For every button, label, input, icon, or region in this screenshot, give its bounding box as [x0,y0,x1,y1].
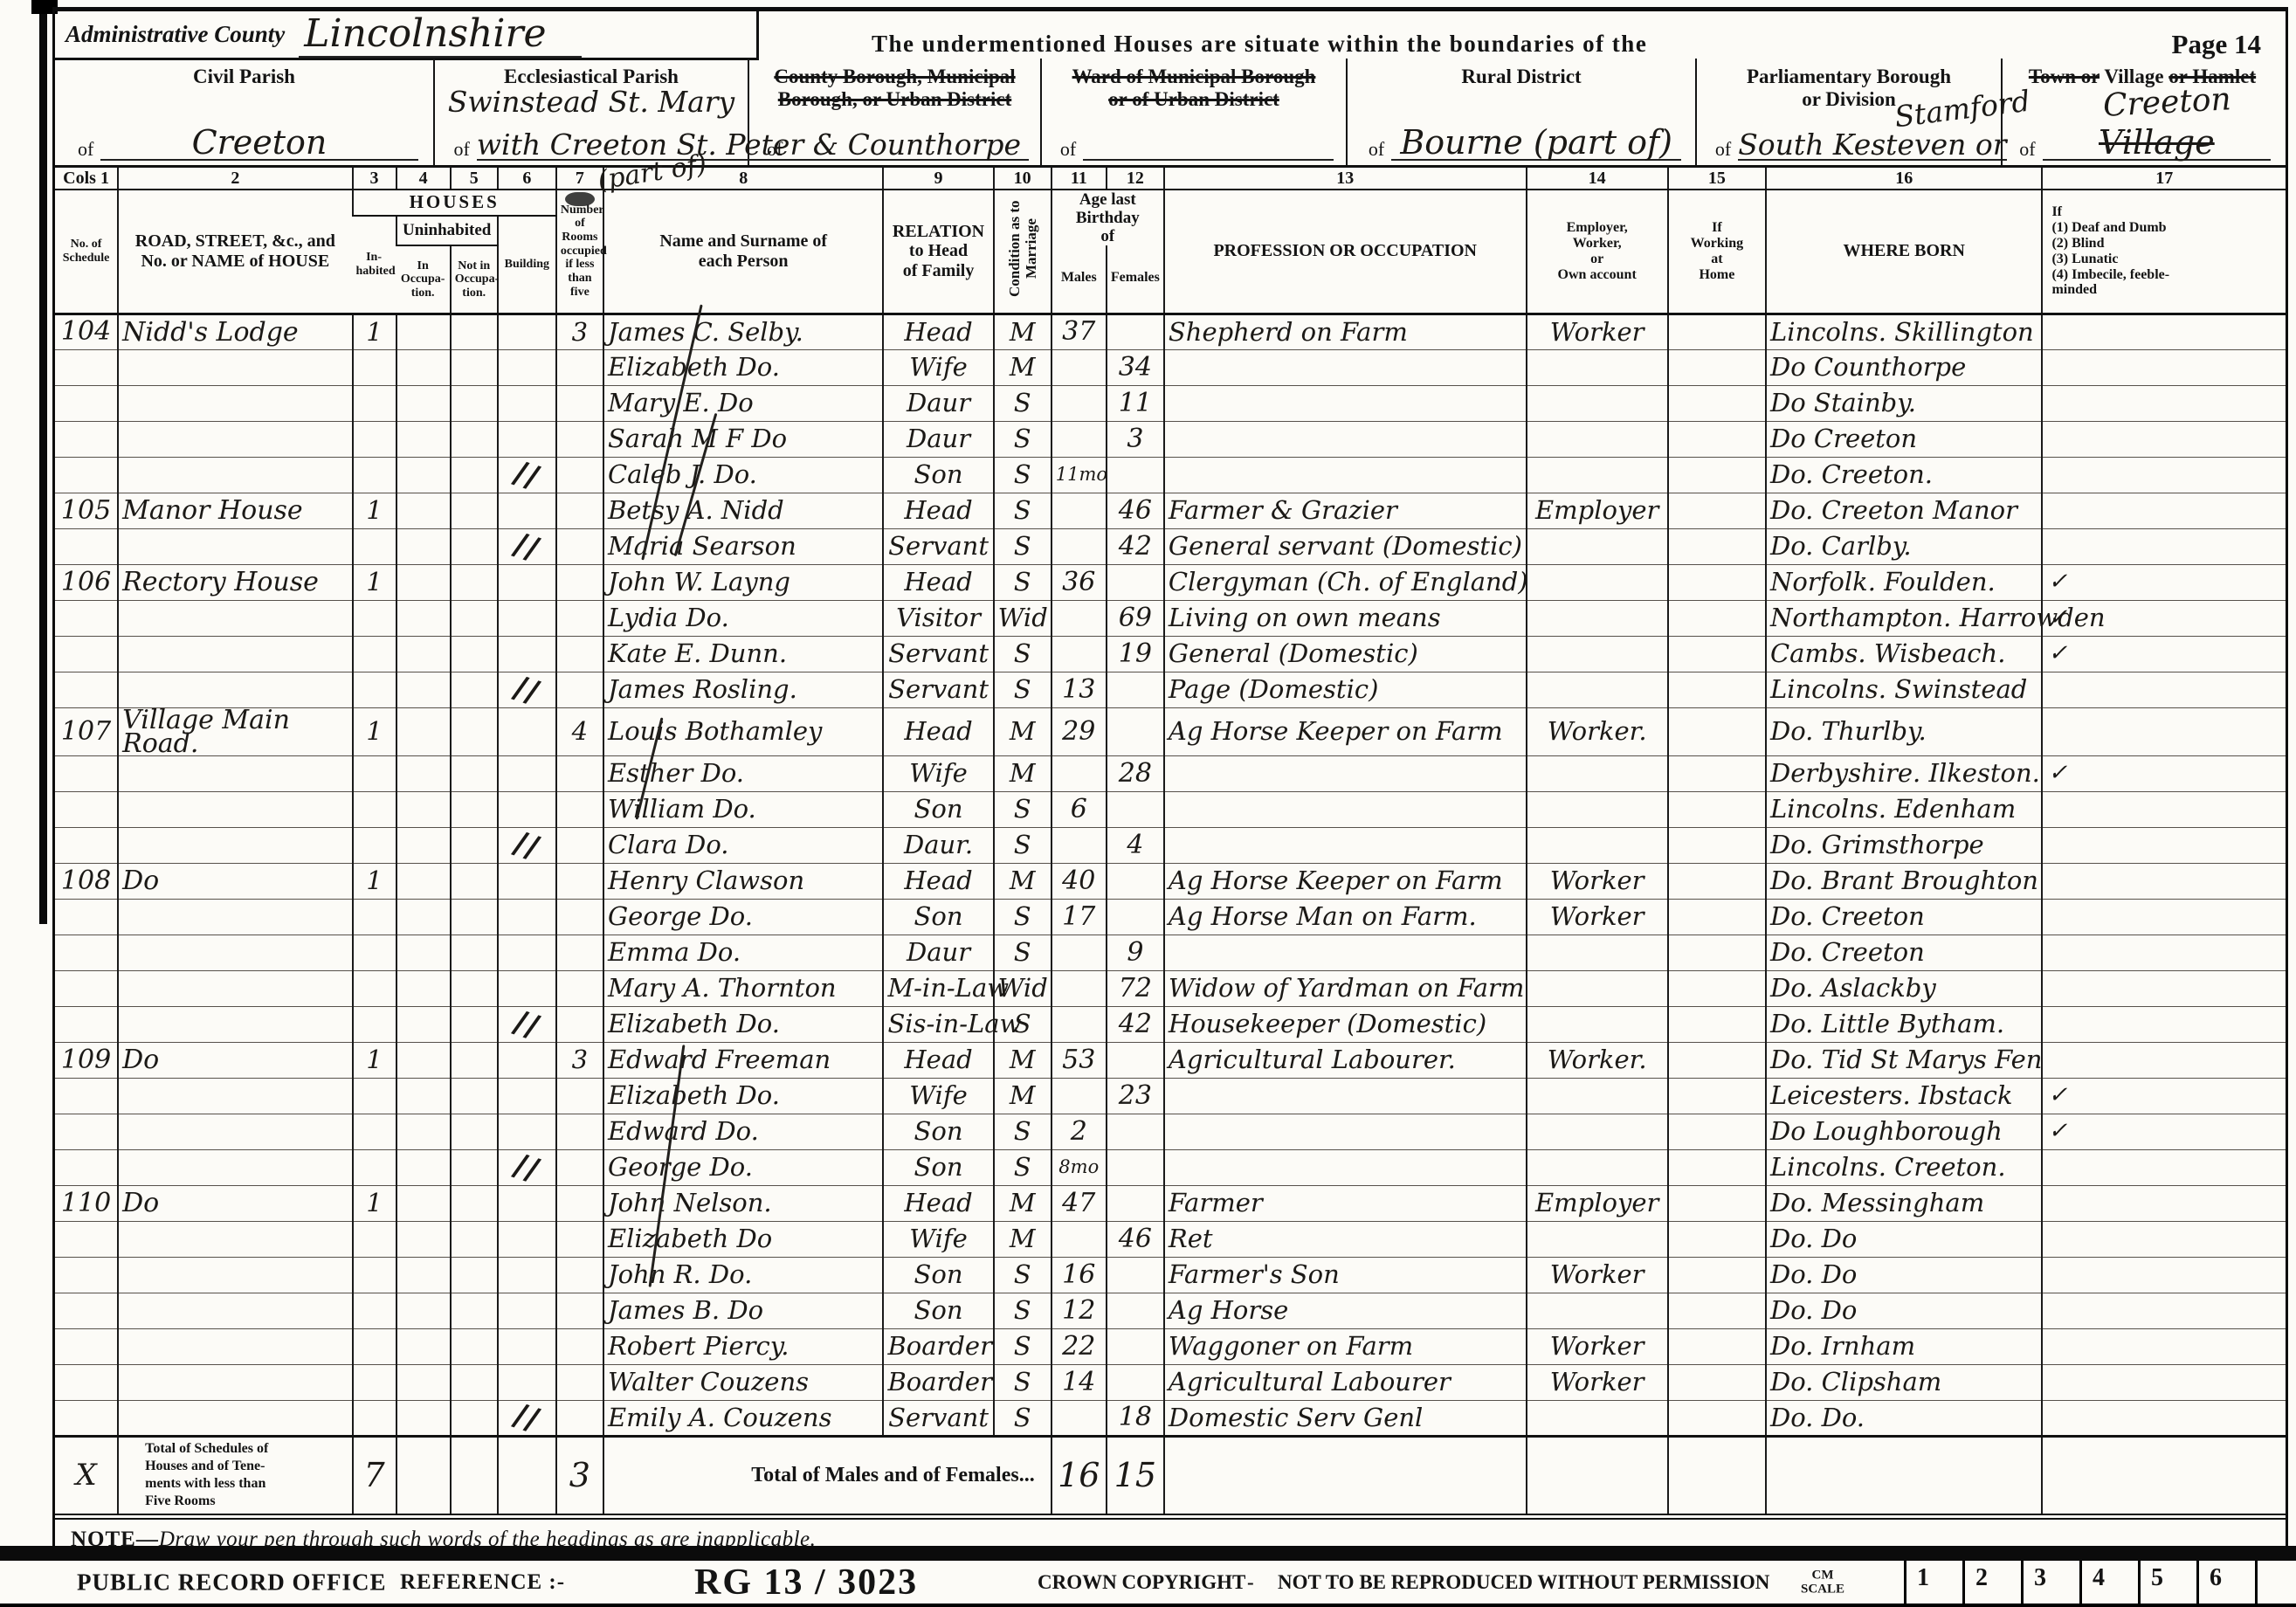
cell-not_occ [451,672,498,707]
cell-relation: Wife [883,349,993,385]
cell-inhabited: 1 [353,1185,396,1221]
cell-name: John Nelson. [603,1185,884,1221]
cell-age_m [1051,827,1107,863]
cell-profession: Page (Domestic) [1164,672,1527,707]
cell-born: Do. Do [1766,1257,2042,1293]
cell-inhabited [353,1114,396,1149]
household-tally-mark: // [511,528,543,564]
rural-district-value: Bourne (part of) [1391,126,1681,161]
footer-reference-label: REFERENCE :- [400,1570,565,1595]
cell-age_m [1051,1006,1107,1042]
cell-employer [1527,755,1668,791]
census-row: Elizabeth Do.WifeM23Leicesters. Ibstack✓ [55,1078,2286,1114]
cell-infirmity [2042,1042,2286,1078]
form-frame: Administrative County Lincolnshire The u… [52,7,2288,1562]
footer-strip: PUBLIC RECORD OFFICE REFERENCE :- RG 13 … [0,1561,2296,1604]
cell-not_occ [451,1149,498,1185]
cell-born: Leicesters. Ibstack [1766,1078,2042,1114]
cell-rooms: 3 [556,1042,603,1078]
cell-home [1668,600,1766,636]
cell-age_m: 16 [1051,1257,1107,1293]
cell-name: George Do. [603,1149,884,1185]
cell-employer [1527,349,1668,385]
cell-home [1668,1006,1766,1042]
cell-age_f [1107,1364,1164,1400]
col-header-condition: Condition as to Marriage [994,190,1051,314]
cell-road [118,935,352,970]
cell-name: Kate E. Dunn. [603,636,884,672]
cell-name: Clara Do. [603,827,884,863]
cell-home [1668,493,1766,528]
totals-schedule-mark: X [55,1436,118,1516]
cell-road [118,349,352,385]
cell-profession: Clergyman (Ch. of England) [1164,564,1527,600]
cell-inhabited [353,528,396,564]
totals-inhabited: 7 [353,1436,396,1516]
cell-not_occ [451,457,498,493]
cell-home [1668,707,1766,755]
cell-inhabited [353,457,396,493]
cell-in_occ [396,564,451,600]
cell-schedule: 110 [55,1185,118,1221]
cell-profession: Agricultural Labourer [1164,1364,1527,1400]
cell-age_m [1051,755,1107,791]
cell-home [1668,457,1766,493]
admin-county-label: Administrative County [66,21,285,48]
cell-inhabited [353,935,396,970]
cell-road [118,755,352,791]
cell-home [1668,314,1766,349]
rural-district-label: Rural District [1348,66,1695,88]
cell-schedule [55,600,118,636]
cell-inhabited: 1 [353,314,396,349]
household-tally-mark: // [511,1149,543,1185]
cell-rooms [556,1328,603,1364]
totals-empty [451,1436,498,1516]
cell-infirmity [2042,314,2286,349]
census-table: Cols 1234567891011121314151617 No. of Sc… [55,165,2286,1520]
cell-employer [1527,1221,1668,1257]
cell-employer: Employer [1527,1185,1668,1221]
cell-road [118,899,352,935]
cell-not_occ [451,863,498,899]
cell-condition: S [994,827,1051,863]
cell-home [1668,935,1766,970]
cell-age_m [1051,1221,1107,1257]
cell-not_occ [451,827,498,863]
cell-in_occ [396,1400,451,1436]
admin-county-row: Administrative County Lincolnshire The u… [55,11,2286,59]
cell-rooms [556,1078,603,1114]
cell-condition: S [994,1400,1051,1436]
cell-inhabited [353,791,396,827]
cell-road: Village Main Road. [118,707,352,755]
cell-in_occ [396,314,451,349]
cell-profession [1164,1078,1527,1114]
cell-condition: S [994,385,1051,421]
cell-home [1668,1221,1766,1257]
cell-road [118,970,352,1006]
cell-infirmity [2042,827,2286,863]
cell-road [118,1006,352,1042]
ward-label-line1: Ward of Municipal Borough [1042,66,1346,88]
cell-name: Caleb J. Do. [603,457,884,493]
cell-profession [1164,791,1527,827]
cell-inhabited: 1 [353,493,396,528]
cell-profession [1164,385,1527,421]
cell-not_occ [451,493,498,528]
cell-name: Edward Do. [603,1114,884,1149]
cell-age_m: 53 [1051,1042,1107,1078]
cell-inhabited [353,1221,396,1257]
cell-age_f: 42 [1107,1006,1164,1042]
cell-employer [1527,1400,1668,1436]
cell-age_f [1107,791,1164,827]
civil-parish-value: Creeton [100,126,417,161]
cell-not_occ [451,564,498,600]
condition-header-text: Condition as to Marriage [1006,197,1039,301]
col-header-in-occupation: In Occupa- tion. [396,245,451,314]
header-box-town-village: Town or Village or Hamlet Creeton of Vil… [2001,59,2282,165]
cell-schedule [55,636,118,672]
cell-employer: Worker [1527,1364,1668,1400]
column-number: 15 [1668,167,1766,190]
census-row: //Caleb J. Do.SonS11moDo. Creeton. [55,457,2286,493]
census-row: //Clara Do.Daur.S4Do. Grimsthorpe [55,827,2286,863]
cell-home [1668,1328,1766,1364]
cell-employer [1527,600,1668,636]
col-header-rooms: Number of Rooms occupied if less than fi… [556,190,603,314]
cell-rooms: 3 [556,314,603,349]
ecclesiastical-parish-value-top: Swinstead St. Mary [435,85,748,119]
cell-building [498,1078,556,1114]
cell-profession: Widow of Yardman on Farm [1164,970,1527,1006]
col-header-profession: PROFESSION OR OCCUPATION [1164,190,1527,314]
cell-infirmity [2042,528,2286,564]
cell-age_f [1107,1328,1164,1364]
census-scan-page: Administrative County Lincolnshire The u… [0,0,2296,1607]
cell-schedule [55,1400,118,1436]
cell-road [118,457,352,493]
cell-relation: Son [883,1257,993,1293]
census-row: Lydia Do.VisitorWid69Living on own means… [55,600,2286,636]
cell-home [1668,899,1766,935]
footer-warning: NOT TO BE REPRODUCED WITHOUT PERMISSION [1278,1571,1769,1594]
cell-relation: Visitor [883,600,993,636]
scale-cell: 3 [2021,1561,2079,1604]
cell-schedule [55,1114,118,1149]
cell-road [118,1257,352,1293]
cell-age_m: 22 [1051,1328,1107,1364]
cell-employer: Worker [1527,314,1668,349]
cell-employer [1527,528,1668,564]
cell-born: Derbyshire. Ilkeston. [1766,755,2042,791]
cell-rooms [556,493,603,528]
cell-rooms [556,1114,603,1149]
cell-in_occ [396,1364,451,1400]
cell-infirmity [2042,1149,2286,1185]
cell-employer: Worker [1527,863,1668,899]
cell-inhabited [353,1364,396,1400]
scan-edge-artifact [39,0,47,924]
ecclesiastical-parish-value-bottom: with Creeton St. Peter & Counthorpe [477,130,1021,161]
cell-rooms [556,600,603,636]
totals-empty [1668,1436,1766,1516]
of-word: of [2019,138,2035,161]
cell-relation: Son [883,791,993,827]
cell-road [118,1078,352,1114]
cell-home [1668,528,1766,564]
census-row: Elizabeth DoWifeM46RetDo. Do [55,1221,2286,1257]
cell-building [498,1114,556,1149]
cell-name: Robert Piercy. [603,1328,884,1364]
of-word: of [1060,138,1076,161]
col-header-home: If Working at Home [1668,190,1766,314]
cell-in_occ [396,755,451,791]
cell-profession [1164,349,1527,385]
cell-born: Do Counthorpe [1766,349,2042,385]
cell-infirmity [2042,385,2286,421]
cell-age_m: 37 [1051,314,1107,349]
of-word: of [1369,138,1384,161]
town-value-struck: Village [2043,126,2272,161]
footer-dash: - [1247,1571,1254,1594]
cell-employer [1527,1006,1668,1042]
cell-not_occ [451,1221,498,1257]
cell-condition: S [994,935,1051,970]
col-header-infirmity: If (1) Deaf and Dumb (2) Blind (3) Lunat… [2042,190,2286,314]
cell-employer [1527,564,1668,600]
census-row: 108Do1Henry ClawsonHeadM40Ag Horse Keepe… [55,863,2286,899]
cell-condition: S [994,1293,1051,1328]
cell-road [118,1400,352,1436]
cell-not_occ [451,349,498,385]
cell-condition: M [994,1078,1051,1114]
cell-born: Do. Aslackby [1766,970,2042,1006]
cell-age_f: 3 [1107,421,1164,457]
cell-inhabited [353,600,396,636]
census-row: 107Village Main Road.14Louis BothamleyHe… [55,707,2286,755]
cell-relation: Son [883,899,993,935]
cell-born: Do. Irnham [1766,1328,2042,1364]
scale-cm: CM [1812,1568,1834,1582]
scale-cell: 5 [2138,1561,2196,1604]
cell-condition: M [994,1221,1051,1257]
cell-condition: S [994,1149,1051,1185]
cell-employer [1527,636,1668,672]
column-number: 16 [1766,167,2042,190]
census-row: Walter CouzensBoarderS14Agricultural Lab… [55,1364,2286,1400]
cell-infirmity [2042,970,2286,1006]
cell-infirmity [2042,863,2286,899]
cell-profession: General servant (Domestic) [1164,528,1527,564]
cell-employer [1527,970,1668,1006]
cell-condition: Wid [994,970,1051,1006]
cell-rooms [556,1400,603,1436]
cell-not_occ [451,1042,498,1078]
cell-employer [1527,1078,1668,1114]
cell-not_occ [451,1114,498,1149]
cell-born: Do. Do [1766,1221,2042,1257]
cell-road [118,636,352,672]
cell-condition: M [994,1185,1051,1221]
cell-building: // [498,528,556,564]
cell-road [118,827,352,863]
cell-not_occ [451,1185,498,1221]
cell-born: Lincolns. Creeton. [1766,1149,2042,1185]
col-header-houses-group: HOUSES [353,190,556,216]
census-row: Robert Piercy.BoarderS22Waggoner on Farm… [55,1328,2286,1364]
cell-rooms [556,1006,603,1042]
cell-profession: General (Domestic) [1164,636,1527,672]
cell-home [1668,385,1766,421]
cell-infirmity: ✓ [2042,1078,2286,1114]
cell-road [118,791,352,827]
cell-born: Do Creeton [1766,421,2042,457]
cell-age_f: 34 [1107,349,1164,385]
cell-relation: Head [883,564,993,600]
cell-infirmity [2042,791,2286,827]
cell-rooms [556,863,603,899]
col-header-males: Males [1051,245,1107,314]
cell-profession: Ag Horse [1164,1293,1527,1328]
cell-building [498,707,556,755]
cell-born: Do. Little Bytham. [1766,1006,2042,1042]
cell-profession: Agricultural Labourer. [1164,1042,1527,1078]
cell-building [498,636,556,672]
cell-condition: S [994,791,1051,827]
cell-employer: Worker [1527,899,1668,935]
cell-building [498,421,556,457]
cell-relation: Servant [883,528,993,564]
cell-schedule [55,1221,118,1257]
census-row: 109Do13Edward FreemanHeadM53Agricultural… [55,1042,2286,1078]
cell-condition: M [994,349,1051,385]
cell-name: William Do. [603,791,884,827]
cell-name: Elizabeth Do. [603,1006,884,1042]
cell-home [1668,1078,1766,1114]
cell-road [118,1221,352,1257]
cell-schedule [55,457,118,493]
cell-name: Emma Do. [603,935,884,970]
cell-inhabited: 1 [353,564,396,600]
census-row: Mary E. DoDaurS11Do Stainby. [55,385,2286,421]
cell-profession: Ret [1164,1221,1527,1257]
cell-age_m [1051,935,1107,970]
cell-infirmity [2042,1328,2286,1364]
census-row: Elizabeth Do.WifeM34Do Counthorpe [55,349,2286,385]
cell-inhabited [353,1078,396,1114]
cell-inhabited [353,827,396,863]
cell-name: Mary E. Do [603,385,884,421]
cell-schedule [55,1257,118,1293]
census-row: John R. Do.SonS16Farmer's SonWorkerDo. D… [55,1257,2286,1293]
cell-age_f: 72 [1107,970,1164,1006]
cell-condition: S [994,1257,1051,1293]
cell-road [118,421,352,457]
cell-infirmity [2042,707,2286,755]
cell-road [118,1328,352,1364]
cell-age_f: 19 [1107,636,1164,672]
census-row: //Maria SearsonServantS42General servant… [55,528,2286,564]
cell-building: // [498,1149,556,1185]
cell-road: Do [118,1042,352,1078]
cell-age_m: 36 [1051,564,1107,600]
cell-condition: S [994,564,1051,600]
cell-inhabited: 1 [353,1042,396,1078]
cell-building [498,564,556,600]
cell-building: // [498,672,556,707]
cell-age_f: 11 [1107,385,1164,421]
cell-profession [1164,421,1527,457]
cell-born: Do Loughborough [1766,1114,2042,1149]
cell-road [118,1364,352,1400]
scale-cell: 1 [1904,1561,1962,1604]
cell-name: Elizabeth Do. [603,1078,884,1114]
county-borough-label-line2: Borough, or Urban District [749,88,1040,111]
totals-males-females-label: Total of Males and of Females... [603,1436,1051,1516]
household-tally-mark: // [511,1006,543,1042]
cell-infirmity: ✓ [2042,755,2286,791]
cell-not_occ [451,1257,498,1293]
cell-building [498,755,556,791]
cell-in_occ [396,600,451,636]
census-row: Emma Do.DaurS9Do. Creeton [55,935,2286,970]
cell-not_occ [451,1078,498,1114]
cell-in_occ [396,970,451,1006]
cell-building [498,314,556,349]
cell-condition: M [994,1042,1051,1078]
cell-age_m: 40 [1051,863,1107,899]
cell-schedule [55,970,118,1006]
cell-home [1668,672,1766,707]
cell-age_m: 12 [1051,1293,1107,1328]
cell-name: Mary A. Thornton [603,970,884,1006]
cell-age_m [1051,1400,1107,1436]
ink-blot-artifact [565,192,594,206]
col-header-relation: RELATION to Head of Family [883,190,993,314]
ward-blank [1083,138,1334,161]
cell-profession: Farmer [1164,1185,1527,1221]
cell-infirmity [2042,1006,2286,1042]
cell-not_occ [451,970,498,1006]
cell-age_m [1051,1078,1107,1114]
cell-rooms [556,672,603,707]
cell-building [498,1042,556,1078]
column-number: 3 [353,167,396,190]
cell-condition: S [994,528,1051,564]
cell-born: Do. Brant Broughton [1766,863,2042,899]
cell-age_f [1107,1257,1164,1293]
col-header-schedule: No. of Schedule [55,190,118,314]
cell-building [498,863,556,899]
column-number: 12 [1107,167,1164,190]
cell-profession: Farmer's Son [1164,1257,1527,1293]
cell-in_occ [396,1149,451,1185]
census-totals: X Total of Schedules of Houses and of Te… [55,1436,2286,1516]
cell-relation: Servant [883,672,993,707]
cell-infirmity [2042,672,2286,707]
cell-rooms [556,1149,603,1185]
cell-in_occ [396,636,451,672]
cell-infirmity [2042,349,2286,385]
cell-not_occ [451,1006,498,1042]
cell-relation: M-in-Law [883,970,993,1006]
cell-relation: Head [883,707,993,755]
cell-born: Do. Messingham [1766,1185,2042,1221]
col-header-employer: Employer, Worker, or Own account [1527,190,1668,314]
cell-profession: Living on own means [1164,600,1527,636]
